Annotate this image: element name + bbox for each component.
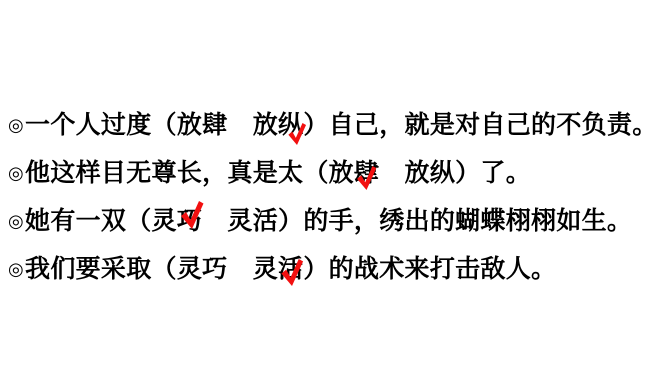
sentence-text-after: 放纵）了。 <box>379 159 531 187</box>
bullet-icon: ◎ <box>8 259 24 279</box>
checkmark-icon <box>287 123 307 145</box>
checkmark-icon <box>280 259 304 286</box>
sentence-text-after: ）的战术来打击敌人。 <box>303 255 556 283</box>
sentence-text-before: 一个人过度（放肆 放纵 <box>25 111 303 139</box>
slide: ◎一个人过度（放肆 放纵）自己，就是对自己的不负责。 ◎他这样目无尊长，真是太（… <box>0 0 668 376</box>
sentence-text-before: 他这样目无尊长，真是太（放肆 <box>25 159 379 187</box>
sentence-line-3: ◎她有一双（灵巧 灵活）的手，绣出的蝴蝶栩栩如生。 <box>8 197 664 245</box>
bullet-icon: ◎ <box>8 115 24 135</box>
sentence-text-before: 她有一双（灵巧 <box>25 207 202 235</box>
checkmark-icon <box>355 166 378 190</box>
sentence-line-4: ◎我们要采取（灵巧 灵活）的战术来打击敌人。 <box>8 245 664 293</box>
sentence-line-2: ◎他这样目无尊长，真是太（放肆 放纵）了。 <box>8 149 664 197</box>
bullet-icon: ◎ <box>8 163 24 183</box>
sentence-list: ◎一个人过度（放肆 放纵）自己，就是对自己的不负责。 ◎他这样目无尊长，真是太（… <box>8 101 664 293</box>
sentence-text-before: 我们要采取（灵巧 灵活 <box>25 255 303 283</box>
sentence-line-1: ◎一个人过度（放肆 放纵）自己，就是对自己的不负责。 <box>8 101 664 149</box>
sentence-text-after: 灵活）的手，绣出的蝴蝶栩栩如生。 <box>202 207 632 235</box>
checkmark-icon <box>180 199 204 231</box>
sentence-text-after: ）自己，就是对自己的不负责。 <box>303 111 657 139</box>
bullet-icon: ◎ <box>8 211 24 231</box>
